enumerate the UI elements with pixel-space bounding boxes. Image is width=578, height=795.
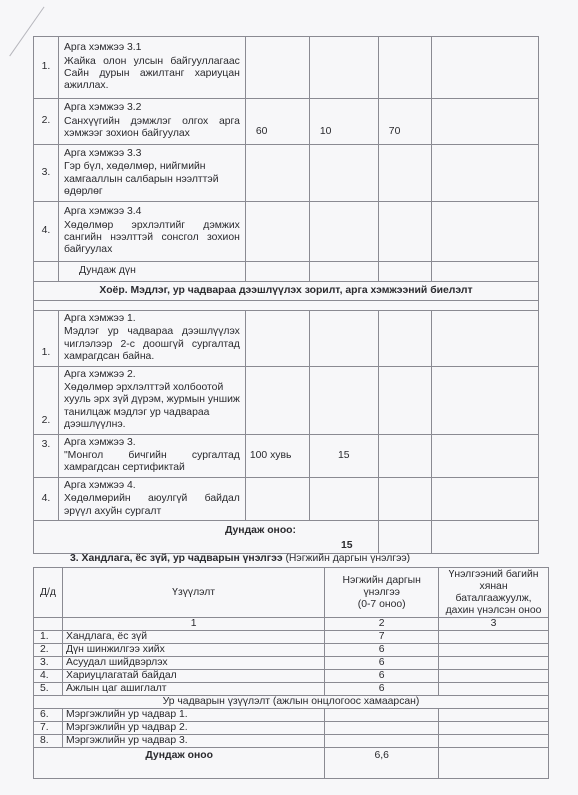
- action-plan-table: 1. Арга хэмжээ 3.1Жайка олон улсын байгу…: [33, 36, 539, 554]
- cell-value: [245, 366, 309, 434]
- table-row: 7. Мэргэжлийн ур чадвар 2.: [34, 722, 549, 735]
- row-index: 2.: [34, 644, 63, 657]
- unit-head-score: [325, 722, 439, 735]
- average-row: Дундаж оноо 6,6: [34, 748, 549, 779]
- table-row: 3. Арга хэмжээ 3.3Гэр бүл, хөдөлмөр, ний…: [34, 145, 539, 202]
- row-description: Арга хэмжээ 4.Хөдөлмөрийн аюулгүй байдал…: [58, 477, 245, 520]
- subsection-heading: Ур чадварын үзүүлэлт (ажлын онцлогоос ха…: [34, 696, 549, 709]
- header-team-score: Үнэлгээний багийн хянан баталгаажуулж, д…: [439, 568, 549, 618]
- empty-cell: [431, 262, 538, 282]
- column-number: 1: [62, 618, 324, 631]
- cell-value: [378, 366, 431, 434]
- row-index: 6.: [34, 709, 63, 722]
- row-label: Мэргэжлийн ур чадвар 2.: [62, 722, 324, 735]
- cell-value: [431, 145, 538, 202]
- row-title: Арга хэмжээ 3.: [64, 437, 240, 449]
- unit-head-score: 7: [325, 631, 439, 644]
- row-text: Санхүүгийн дэмжлэг олгох арга хэмжээг зо…: [64, 116, 240, 139]
- average-row: Дундаж дүн: [34, 262, 539, 282]
- table-row: 3. Асуудал шийдвэрлэх 6: [34, 657, 549, 670]
- section-two-heading: Хоёр. Мэдлэг, ур чадвараа дээшлүүлэх зор…: [34, 282, 539, 301]
- row-text: Хөдөлмөр эрхлэлтийг дэмжих сангийн нээлт…: [64, 220, 240, 256]
- row-title: Арга хэмжээ 4.: [64, 480, 240, 492]
- average-score-cell: Дундаж оноо: 15: [34, 521, 379, 554]
- table-row: 6. Мэргэжлийн ур чадвар 1.: [34, 709, 549, 722]
- subsection-row: Ур чадварын үзүүлэлт (ажлын онцлогоос ха…: [34, 696, 549, 709]
- row-text: Хөдөлмөр эрхлэлттэй холбоотой хууль эрх …: [64, 382, 240, 430]
- row-index: 2.: [34, 366, 59, 434]
- row-title: Арга хэмжээ 3.4: [64, 206, 240, 218]
- cell-value: 15: [309, 434, 378, 477]
- cell-value: [309, 311, 378, 367]
- row-title: Арга хэмжээ 1.: [64, 313, 240, 325]
- section-three-heading: 3. Хандлага, ёс зүй, ур чадварын үнэлгээ…: [70, 553, 410, 564]
- unit-head-score: 6: [325, 670, 439, 683]
- average-score-row: Дундаж оноо: 15: [34, 521, 539, 554]
- row-index: 3.: [34, 657, 63, 670]
- cell-value: 10: [309, 99, 378, 145]
- header-index: Д/д: [34, 568, 63, 618]
- row-index: 2.: [34, 99, 59, 145]
- cell-value: [245, 311, 309, 367]
- attitude-skills-table: Д/д Үзүүлэлт Нэгжийн даргын үнэлгээ (0-7…: [33, 567, 549, 779]
- cell-value: [431, 311, 538, 367]
- table-row: 1. Арга хэмжээ 3.1Жайка олон улсын байгу…: [34, 37, 539, 99]
- header-indicator: Үзүүлэлт: [62, 568, 324, 618]
- header-row: Д/д Үзүүлэлт Нэгжийн даргын үнэлгээ (0-7…: [34, 568, 549, 618]
- table-row: 3. Арга хэмжээ 3."Монгол бичгийн сургалт…: [34, 434, 539, 477]
- team-score: [439, 683, 549, 696]
- row-label: Мэргэжлийн ур чадвар 3.: [62, 735, 324, 748]
- section-three-title: 3. Хандлага, ёс зүй, ур чадварын үнэлгээ: [70, 553, 283, 564]
- header-text: баталгаажуулж,: [442, 593, 545, 605]
- row-description: Арга хэмжээ 1.Мэдлэг ур чадвараа дээшлүү…: [58, 311, 245, 367]
- row-description: Арга хэмжээ 3.4Хөдөлмөр эрхлэлтийг дэмжи…: [58, 202, 245, 262]
- empty-cell: [34, 618, 63, 631]
- average-label: Дундаж дүн: [58, 262, 245, 282]
- row-index: 4.: [34, 477, 59, 520]
- team-score: [439, 657, 549, 670]
- row-text: Гэр бүл, хөдөлмөр, нийгмийн хамгааллын с…: [64, 161, 219, 197]
- row-index: 4.: [34, 670, 63, 683]
- row-index: 3.: [34, 434, 59, 477]
- cell-value: [378, 311, 431, 367]
- spacer-cell: [34, 301, 539, 311]
- row-label: Мэргэжлийн ур чадвар 1.: [62, 709, 324, 722]
- cell-value: [431, 99, 538, 145]
- average-score-label: Дундаж оноо:: [37, 525, 378, 537]
- row-description: Арга хэмжээ 2.Хөдөлмөр эрхлэлттэй холбоо…: [58, 366, 245, 434]
- column-number-row: 1 2 3: [34, 618, 549, 631]
- header-unit-head-score: Нэгжийн даргын үнэлгээ (0-7 оноо): [325, 568, 439, 618]
- cell-value: [309, 202, 378, 262]
- table-row: 4. Арга хэмжээ 3.4Хөдөлмөр эрхлэлтийг дэ…: [34, 202, 539, 262]
- cell-value: [431, 366, 538, 434]
- row-index: 7.: [34, 722, 63, 735]
- cell-value: [309, 366, 378, 434]
- cell-value: [245, 202, 309, 262]
- empty-cell: [34, 262, 59, 282]
- cell-value: 100 хувь: [245, 434, 309, 477]
- table-row: 2. Дүн шинжилгээ хийх 6: [34, 644, 549, 657]
- section-three-subtitle: (Нэгжийн даргын үнэлгээ): [285, 553, 410, 564]
- cell-value: [245, 37, 309, 99]
- row-text: Жайка олон улсын байгууллагаас Сайн дуры…: [64, 56, 240, 92]
- table-row: 8. Мэргэжлийн ур чадвар 3.: [34, 735, 549, 748]
- cell-value: 60: [245, 99, 309, 145]
- row-label: Дүн шинжилгээ хийх: [62, 644, 324, 657]
- row-description: Арга хэмжээ 3.1Жайка олон улсын байгуулл…: [58, 37, 245, 99]
- row-description: Арга хэмжээ 3.3Гэр бүл, хөдөлмөр, нийгми…: [58, 145, 245, 202]
- document-page: 1. Арга хэмжээ 3.1Жайка олон улсын байгу…: [0, 0, 578, 795]
- cell-value: [378, 202, 431, 262]
- empty-cell: [431, 521, 538, 554]
- table-row: 2. Арга хэмжээ 2.Хөдөлмөр эрхлэлттэй хол…: [34, 366, 539, 434]
- cell-value: [245, 145, 309, 202]
- row-description: Арга хэмжээ 3.2Санхүүгийн дэмжлэг олгох …: [58, 99, 245, 145]
- table-row: 4. Арга хэмжээ 4.Хөдөлмөрийн аюулгүй бай…: [34, 477, 539, 520]
- row-text: "Монгол бичгийн сургалтад хамрагдсан сер…: [64, 450, 240, 473]
- cell-value: 70: [378, 99, 431, 145]
- unit-head-score: 6: [325, 657, 439, 670]
- team-score: [439, 631, 549, 644]
- unit-head-score: 6: [325, 644, 439, 657]
- cell-value: [431, 37, 538, 99]
- row-label: Хариуцлагатай байдал: [62, 670, 324, 683]
- row-index: 1.: [34, 37, 59, 99]
- empty-cell: [378, 262, 431, 282]
- header-text: (0-7 оноо): [328, 599, 435, 611]
- cell-value: [309, 37, 378, 99]
- cell-value: [431, 434, 538, 477]
- row-text: Мэдлэг ур чадвараа дээшлүүлэх чиглэлээр …: [64, 326, 240, 362]
- row-index: 1.: [34, 311, 59, 367]
- row-title: Арга хэмжээ 2.: [64, 369, 240, 381]
- team-score: [439, 735, 549, 748]
- unit-head-score: [325, 709, 439, 722]
- average-score-value: 15: [37, 540, 378, 552]
- header-text: хянан: [442, 581, 545, 593]
- section-heading-row: Хоёр. Мэдлэг, ур чадвараа дээшлүүлэх зор…: [34, 282, 539, 301]
- cell-value: [378, 477, 431, 520]
- table-row: 1. Арга хэмжээ 1.Мэдлэг ур чадвараа дээш…: [34, 311, 539, 367]
- unit-head-score: 6: [325, 683, 439, 696]
- team-score: [439, 670, 549, 683]
- table-row: 1. Хандлага, ёс зүй 7: [34, 631, 549, 644]
- header-text: дахин үнэлсэн оноо: [442, 605, 545, 617]
- team-score: [439, 709, 549, 722]
- row-text: Хөдөлмөрийн аюулгүй байдал эрүүл ахуйн с…: [64, 493, 240, 516]
- cell-value: [309, 145, 378, 202]
- cell-value: [431, 477, 538, 520]
- row-label: Асуудал шийдвэрлэх: [62, 657, 324, 670]
- row-title: Арга хэмжээ 3.2: [64, 102, 240, 114]
- cell-value: [431, 202, 538, 262]
- team-score: [439, 644, 549, 657]
- row-index: 8.: [34, 735, 63, 748]
- row-title: Арга хэмжээ 3.3: [64, 148, 240, 160]
- row-title: Арга хэмжээ 3.1: [64, 42, 240, 54]
- table-row: 5. Ажлын цаг ашиглалт 6: [34, 683, 549, 696]
- row-index: 1.: [34, 631, 63, 644]
- column-number: 3: [439, 618, 549, 631]
- empty-cell: [245, 262, 309, 282]
- average-label: Дундаж оноо: [34, 748, 325, 779]
- empty-cell: [378, 521, 431, 554]
- table-row: 4. Хариуцлагатай байдал 6: [34, 670, 549, 683]
- cell-value: [378, 145, 431, 202]
- row-label: Ажлын цаг ашиглалт: [62, 683, 324, 696]
- unit-head-score: [325, 735, 439, 748]
- spacer-row: [34, 301, 539, 311]
- row-index: 3.: [34, 145, 59, 202]
- empty-cell: [439, 748, 549, 779]
- cell-value: [378, 434, 431, 477]
- header-text: Үнэлгээний багийн: [442, 569, 545, 581]
- header-text: үнэлгээ: [328, 587, 435, 599]
- average-value: 6,6: [325, 748, 439, 779]
- empty-cell: [309, 262, 378, 282]
- cell-value: [245, 477, 309, 520]
- row-description: Арга хэмжээ 3."Монгол бичгийн сургалтад …: [58, 434, 245, 477]
- column-number: 2: [325, 618, 439, 631]
- row-label: Хандлага, ёс зүй: [62, 631, 324, 644]
- team-score: [439, 722, 549, 735]
- header-text: Нэгжийн даргын: [328, 575, 435, 587]
- row-index: 4.: [34, 202, 59, 262]
- cell-value: [378, 37, 431, 99]
- cell-value: [309, 477, 378, 520]
- row-index: 5.: [34, 683, 63, 696]
- table-row: 2. Арга хэмжээ 3.2Санхүүгийн дэмжлэг олг…: [34, 99, 539, 145]
